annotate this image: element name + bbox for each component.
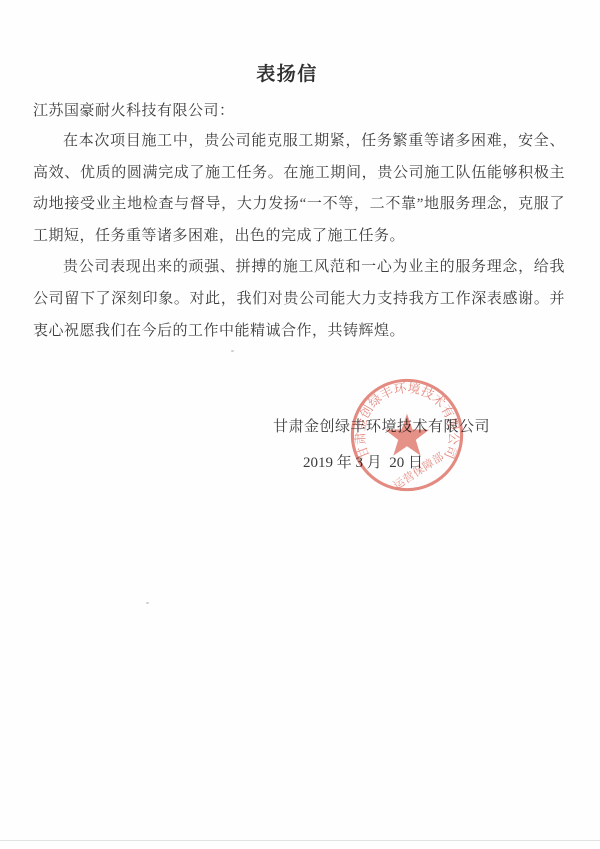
scan-edge-line <box>0 840 600 841</box>
scan-speck <box>146 602 149 604</box>
letter-paragraph-1: 在本次项目施工中，贵公司能克服工期紧，任务繁重等诸多困难，安全、高效、优质的圆满… <box>33 126 565 252</box>
letter-body: 江苏国豪耐火科技有限公司： 在本次项目施工中，贵公司能克服工期紧，任务繁重等诸多… <box>33 96 565 475</box>
letter-title: 表扬信 <box>0 0 600 88</box>
letter-page: 表扬信 江苏国豪耐火科技有限公司： 在本次项目施工中，贵公司能克服工期紧，任务繁… <box>0 0 600 849</box>
signature-block: 甘肃金创绿丰环境技术有限公司 2019 年 3 月 20 日 <box>33 415 565 475</box>
signature-company-name: 甘肃金创绿丰环境技术有限公司 <box>273 415 565 439</box>
signature-date: 2019 年 3 月 20 日 <box>303 451 565 475</box>
letter-salutation: 江苏国豪耐火科技有限公司： <box>33 96 565 126</box>
scan-speck <box>231 350 234 352</box>
letter-paragraph-2: 贵公司表现出来的顽强、拼搏的施工风范和一心为业主的服务理念，给我公司留下了深刻印… <box>33 252 565 347</box>
